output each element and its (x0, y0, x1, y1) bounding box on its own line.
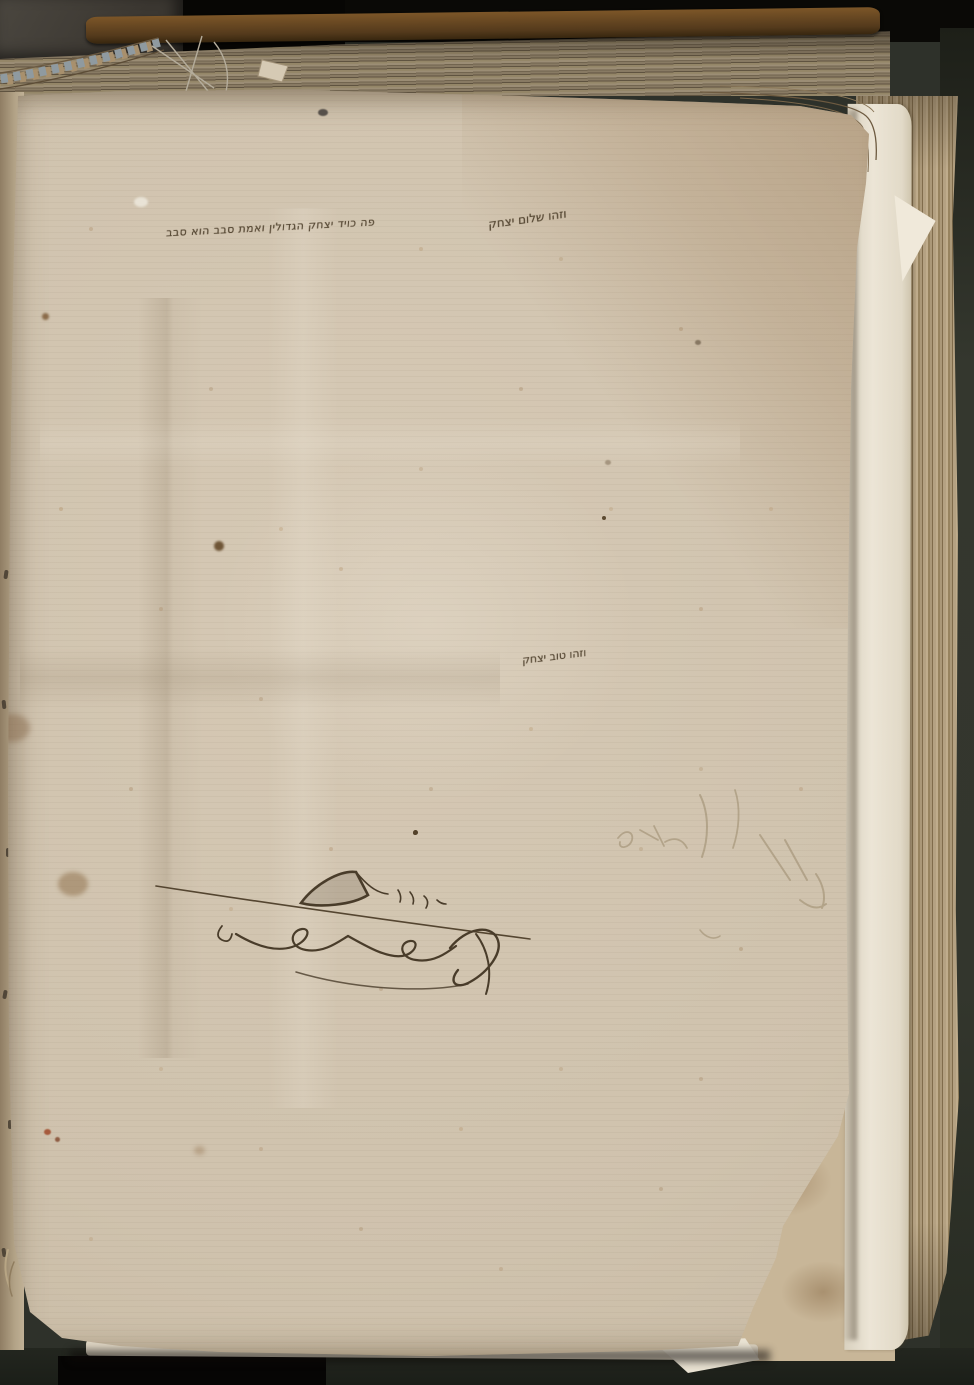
binding-threads (5, 1250, 14, 1296)
ink-strokes (0, 0, 974, 1385)
manuscript-photo: פה כויד יצחק הגדולין ואמת סבב הוא סבב וז… (0, 0, 974, 1385)
faint-scrawl-right (618, 790, 826, 938)
ink-dot (413, 831, 417, 835)
ink-flourish-upper (301, 872, 446, 908)
inverted-ink-signature (218, 926, 499, 994)
